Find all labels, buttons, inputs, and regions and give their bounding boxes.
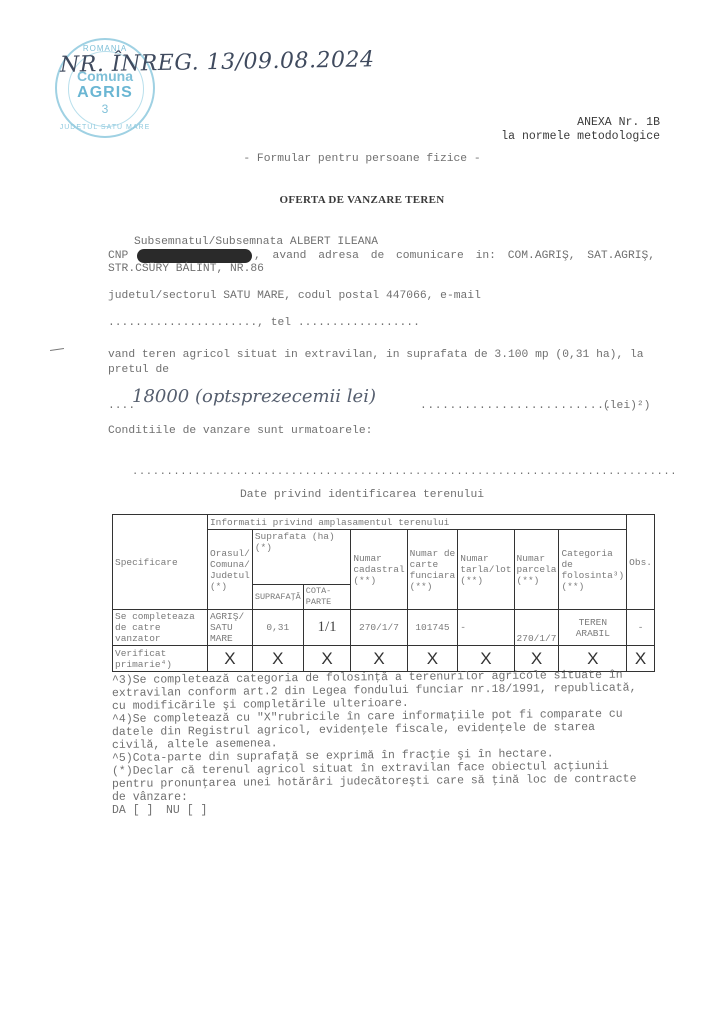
- header-specificare: Specificare: [113, 515, 208, 610]
- header-oras: Orasul/ Comuna/ Judetul (*): [207, 530, 252, 610]
- conditions-dots: ........................................…: [132, 466, 677, 479]
- stamp-line-2: AGRIS: [57, 84, 153, 102]
- row-label: Se completeaza de catre vanzator: [113, 610, 208, 646]
- cell-cadastral: 270/1/7: [351, 610, 407, 646]
- header-categoria-cell: Categoria de folosinta³) (**): [559, 530, 627, 610]
- x-mark-cadastral: X: [351, 646, 407, 672]
- header-sub-suprafata: SUPRAFAŢĂ: [252, 585, 303, 610]
- stamp-bottom-text: JUDETUL SATU MARE: [57, 124, 153, 131]
- header-carte: Numar de carte funciara (**): [407, 530, 458, 610]
- land-description-line: vand teren agricol situat in extravilan,…: [108, 349, 644, 362]
- x-mark-cota: X: [303, 646, 351, 672]
- table-row: Se completeaza de catre vanzator AGRIŞ/ …: [113, 610, 655, 646]
- price-label: pretul de: [108, 364, 169, 377]
- checkbox-da[interactable]: DA [ ]: [112, 804, 153, 817]
- header-parcela: Numar parcela (**): [514, 530, 559, 610]
- header-sub-cota: COTA- PARTE: [303, 585, 351, 610]
- x-mark-carte: X: [407, 646, 458, 672]
- cell-obs: -: [627, 610, 655, 646]
- price-dots-right: ..........................: [420, 400, 612, 413]
- header-obs: Obs.: [627, 515, 655, 610]
- declaration-line-3: de vânzare:: [112, 791, 188, 804]
- annex-subtitle: la normele metodologice: [501, 130, 660, 143]
- x-mark-tarla: X: [458, 646, 514, 672]
- stamp-line-3: 3: [57, 102, 153, 116]
- cnp-label: CNP: [108, 250, 128, 263]
- margin-mark: [50, 348, 64, 351]
- applicant-line: Subsemnatul/Subsemnata ALBERT ILEANA: [134, 236, 378, 249]
- cell-categoria: TEREN ARABIL: [559, 610, 627, 646]
- header-tarla: Numar tarla/lot (**): [458, 530, 514, 610]
- section-title: Date privind identificarea terenului: [0, 489, 724, 502]
- x-mark-parcela: X: [514, 646, 559, 672]
- header-suprafata: Suprafata (ha) (*): [252, 530, 350, 585]
- cell-tarla: -: [458, 610, 514, 646]
- annex-number: ANEXA Nr. 1B: [577, 116, 660, 129]
- document-title: OFERTA DE VANZARE TEREN: [0, 194, 724, 207]
- cell-parcela: 270/1/7: [514, 610, 559, 646]
- cnp-redacted: [137, 249, 252, 263]
- table-header-row: Specificare Informatii privind amplasame…: [113, 515, 655, 530]
- x-mark-oras: X: [207, 646, 252, 672]
- registration-number: NR. ÎNREG. 13/09.08.2024: [60, 47, 375, 77]
- price-suffix: (lei)²): [603, 400, 650, 413]
- cell-carte: 101745: [407, 610, 458, 646]
- cell-suprafata: 0,31: [252, 610, 303, 646]
- county-line: judetul/sectorul SATU MARE, codul postal…: [108, 290, 481, 303]
- header-cadastral: Numar cadastral (**): [351, 530, 407, 610]
- price-handwritten: 18000 (optsprezecemii lei): [132, 386, 376, 407]
- checkbox-nu[interactable]: NU [ ]: [166, 804, 207, 817]
- x-mark-suprafata: X: [252, 646, 303, 672]
- address-line: , avand adresa de comunicare in: COM.AGR…: [254, 250, 655, 263]
- cell-cota: 1/1: [303, 610, 351, 646]
- form-type: - Formular pentru persoane fizice -: [0, 153, 724, 166]
- cell-oras: AGRIŞ/ SATU MARE: [207, 610, 252, 646]
- table-row: Verificat primarie⁴) X X X X X X X X X: [113, 646, 655, 672]
- land-identification-table: Specificare Informatii privind amplasame…: [112, 514, 655, 672]
- street-line: STR.CSÜRY BÁLINT, NR.86: [108, 263, 264, 276]
- header-group-title: Informatii privind amplasamentul terenul…: [207, 515, 626, 530]
- conditions-label: Conditiile de vanzare sunt urmatoarele:: [108, 425, 372, 438]
- row-label: Verificat primarie⁴): [113, 646, 208, 672]
- x-mark-obs: X: [627, 646, 655, 672]
- x-mark-categoria: X: [559, 646, 627, 672]
- email-tel-line: ......................, tel ............…: [108, 317, 420, 330]
